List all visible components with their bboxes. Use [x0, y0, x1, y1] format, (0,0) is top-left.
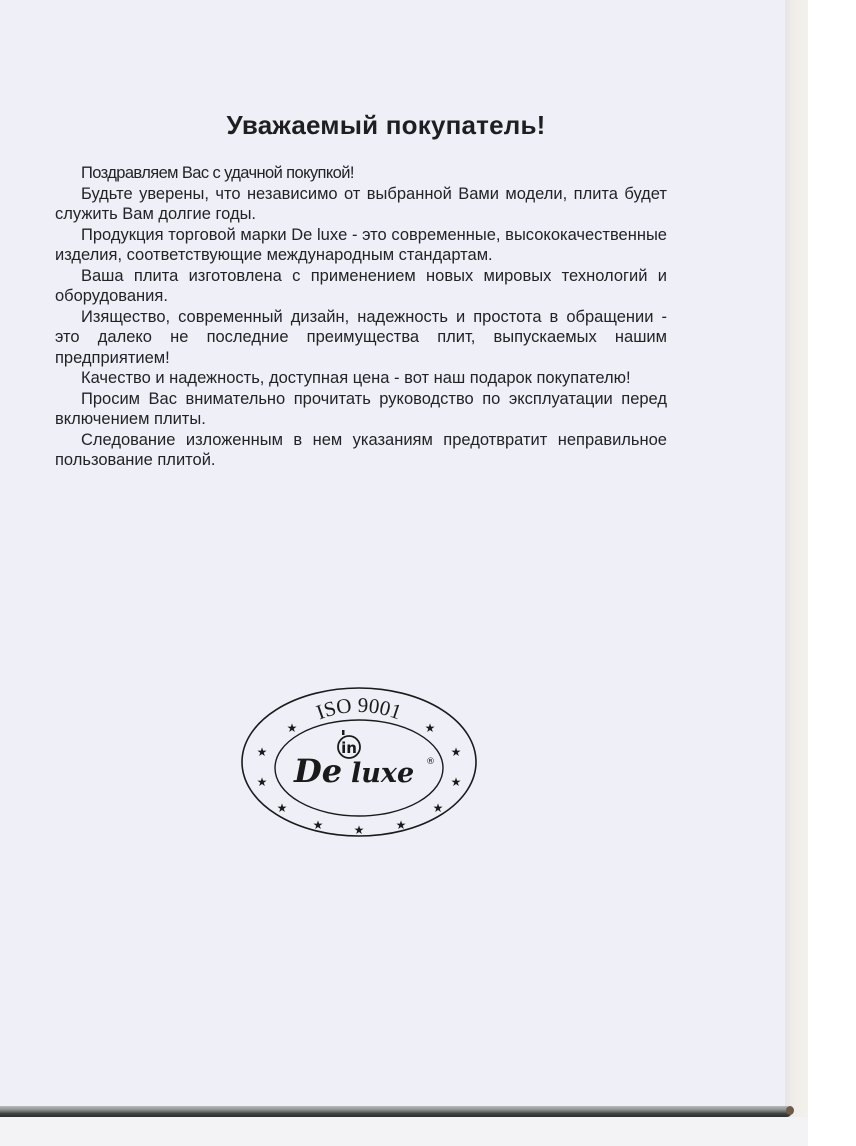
paragraph-technology: Ваша плита изготовлена с применением нов… [55, 266, 667, 307]
star-icon: ★ [257, 745, 268, 759]
brand-de: De [293, 752, 342, 790]
star-icon: ★ [451, 745, 462, 759]
paragraph-quality: Качество и надежность, доступная цена - … [55, 368, 667, 389]
svg-text:in: in [341, 739, 357, 757]
bottom-strip [0, 1117, 808, 1146]
star-icon: ★ [313, 818, 324, 832]
star-icon: ★ [287, 721, 298, 735]
star-icon: ★ [277, 801, 288, 815]
star-icon: ★ [396, 818, 407, 832]
scanned-sheet: Уважаемый покупатель! Поздравляем Вас с … [0, 0, 856, 1146]
page-edge [785, 0, 808, 1146]
star-icon: ★ [257, 775, 268, 789]
paragraph-congratulations: Поздравляем Вас с удачной покупкой! [55, 163, 667, 184]
page-title: Уважаемый покупатель! [105, 110, 667, 141]
paragraph-instructions: Следование изложенным в нем указаниям пр… [55, 430, 667, 471]
iso-deluxe-logo: ISO 9001 ★ ★ ★ ★ ★ ★ ★ ★ ★ ★ ★ in De lux… [240, 686, 478, 838]
star-icon: ★ [451, 775, 462, 789]
registered-mark: ® [426, 757, 435, 767]
paragraph-advantages: Изящество, современный дизайн, надежност… [55, 307, 667, 369]
paragraph-assurance: Будьте уверены, что независимо от выбран… [55, 184, 667, 225]
paragraph-brand: Продукция торговой марки De luxe - это с… [55, 225, 667, 266]
star-icon: ★ [425, 721, 436, 735]
star-icon: ★ [354, 823, 365, 837]
page-bottom-edge [0, 1106, 792, 1117]
star-icon: ★ [433, 801, 444, 815]
letter-body: Уважаемый покупатель! Поздравляем Вас с … [55, 110, 667, 471]
brand-luxe: luxe [351, 758, 414, 789]
paragraph-read-manual: Просим Вас внимательно прочитать руковод… [55, 389, 667, 430]
